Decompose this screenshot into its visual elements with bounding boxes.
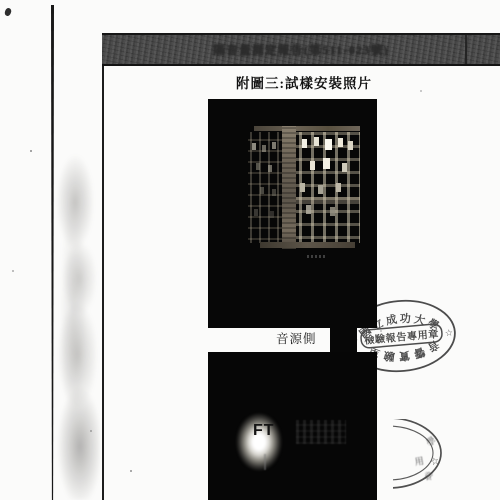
scan-toner-blob	[330, 320, 357, 354]
photo-overlay-text: FT	[253, 422, 275, 440]
lattice-highlights-right	[302, 139, 307, 148]
partial-seal-char: 章	[423, 470, 435, 483]
lattice-bottom-rail	[260, 242, 355, 248]
installation-photo-source-side	[208, 99, 377, 328]
photo-faint-mark	[264, 454, 276, 470]
lattice-panel-right	[296, 132, 360, 243]
report-header-title: 隔音量測定報告(第511-023號)	[213, 42, 389, 58]
report-header-bar: 隔音量測定報告(第511-023號)	[102, 33, 500, 66]
scan-artifact-smudge	[55, 118, 100, 500]
photo-caption-source-side: 音源側	[276, 329, 317, 347]
lattice-top-rail	[254, 126, 360, 131]
scan-artifact-line	[51, 5, 54, 500]
installation-photo-bottom: FT	[208, 352, 377, 500]
photo-timestamp-mark	[307, 255, 327, 258]
figure-title: 附圖三:試樣安裝照片	[104, 72, 500, 92]
header-bar-divider	[465, 35, 467, 64]
page-left-border	[102, 33, 104, 500]
partial-seal-outer-arc	[393, 419, 441, 488]
lattice-center-stile	[282, 126, 296, 249]
seal-star-right: ☆	[444, 327, 453, 338]
scan-dust-specks	[30, 150, 32, 152]
partial-seal: 學 用 章 ☆	[393, 419, 447, 489]
lattice-mid-rail	[296, 197, 360, 204]
camera-flash-glare	[232, 408, 286, 476]
photo-faint-details	[296, 420, 346, 444]
lattice-highlights-left	[252, 143, 256, 150]
partial-seal-char: 用	[414, 456, 425, 467]
partial-seal-star: ☆	[429, 456, 441, 469]
scan-artifact-dot	[4, 7, 12, 17]
